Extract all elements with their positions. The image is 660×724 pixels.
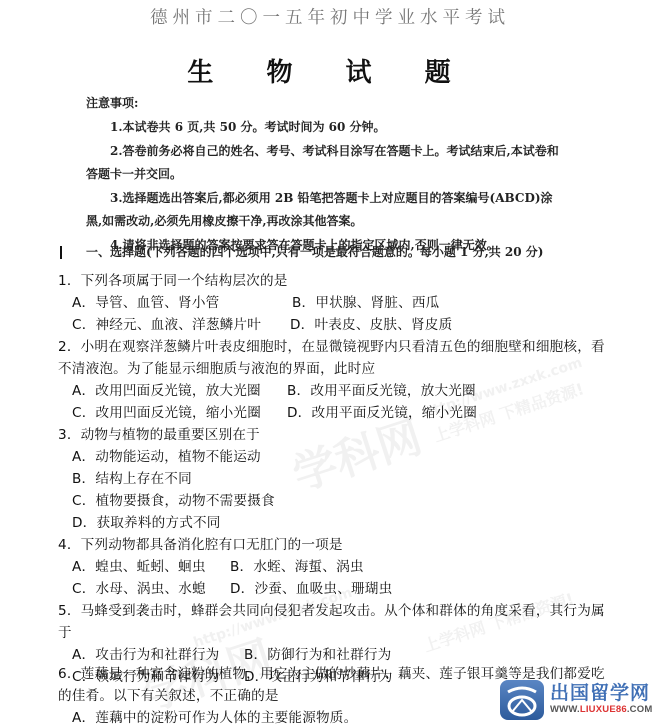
question-2-option-d: D．改用平面反光镜，缩小光圈 xyxy=(287,401,477,421)
note-item-3: 3.选择题选出答案后,都必须用 2B 铅笔把答题卡上对应题目的答案编号(ABCD… xyxy=(110,189,553,206)
watermark-slogan-2: 上学科网 下精品资源! xyxy=(420,586,576,656)
subject-title: 生 物 试 题 xyxy=(0,52,660,89)
question-4-option-c: C．水母、涡虫、水螅 xyxy=(72,577,206,597)
exam-header: 德州市二〇一五年初中学业水平考试 xyxy=(0,4,660,29)
question-4-option-d: D．沙蚕、血吸虫、珊瑚虫 xyxy=(230,577,392,597)
question-3-option-a: A．动物能运动，植物不能运动 xyxy=(72,445,261,465)
question-3-option-c: C．植物要摄食，动物不需要摄食 xyxy=(72,489,275,509)
question-1-option-a: A．导管、血管、肾小管 xyxy=(72,291,219,311)
question-5-stem: 5．马蜂受到袭击时，蜂群会共同向侵犯者发起攻击。从个体和群体的角度采看，其行为属 xyxy=(58,599,605,619)
note-item-2-cont: 答题卡一并交回。 xyxy=(86,165,182,182)
question-5-stem-cont: 于 xyxy=(58,621,72,641)
text-cursor xyxy=(60,246,62,259)
notes-heading: 注意事项: xyxy=(86,94,138,111)
question-2-option-c: C．改用凹面反光镜，缩小光圈 xyxy=(72,401,261,421)
question-2-stem-cont: 不清液泡。为了能显示细胞质与液泡的界面，此时应 xyxy=(58,357,375,377)
question-3-stem: 3．动物与植物的最重要区别在于 xyxy=(58,423,260,443)
question-2-stem: 2．小明在观察洋葱鳞片叶表皮细胞时，在显微镜视野内只看清五色的细胞壁和细胞核，看 xyxy=(58,335,605,355)
question-1-option-c: C．神经元、血液、洋葱鳞片叶 xyxy=(72,313,261,333)
question-5-option-a: A．攻击行为和社群行为 xyxy=(72,643,219,663)
note-item-2: 2.答卷前务必将自己的姓名、考号、考试科目涂写在答题卡上。考试结束后,本试卷和 xyxy=(110,142,559,159)
note-item-1: 1.本试卷共 6 页,共 50 分。考试时间为 60 分钟。 xyxy=(110,118,386,135)
question-6-option-a: A．莲藕中的淀粉可作为人体的主要能源物质。 xyxy=(72,706,357,724)
logo-url-highlight: LIUXUE86 xyxy=(580,704,627,715)
question-2-option-a: A．改用凹面反光镜，放大光圈 xyxy=(72,379,261,399)
logo-url-prefix: WWW. xyxy=(550,704,580,715)
question-4-option-a: A．蝗虫、蚯蚓、蛔虫 xyxy=(72,555,206,575)
question-1-option-b: B．甲状腺、肾脏、西瓜 xyxy=(292,291,439,311)
question-2-option-b: B．改用平面反光镜，放大光圈 xyxy=(287,379,476,399)
logo-url-suffix: .COM xyxy=(627,704,653,715)
note-item-3-cont: 黑,如需改动,必须先用橡皮擦干净,再改涂其他答案。 xyxy=(86,212,363,229)
logo-name: 出国留学网 xyxy=(550,678,650,705)
question-4-option-b: B．水蛭、海蜇、涡虫 xyxy=(230,555,364,575)
logo-url: WWW.LIUXUE86.COM xyxy=(550,704,652,715)
logo-emblem-icon xyxy=(500,680,544,720)
question-3-option-d: D．获取养料的方式不同 xyxy=(72,511,221,531)
question-5-option-b: B．防御行为和社群行为 xyxy=(244,643,391,663)
question-4-stem: 4．下列动物都具备消化腔有口无肛门的一项是 xyxy=(58,533,343,553)
section-heading: 一、选择题(下列各题的四个选项中,只有一项是最符合题意的。每小题 1 分,共 2… xyxy=(86,243,543,260)
question-6-stem-cont: 的佳肴。以下有关叙述，不正确的是 xyxy=(58,684,279,704)
question-3-option-b: B．结构上存在不同 xyxy=(72,467,192,487)
question-1-stem: 1．下列各项属于同一个结构层次的是 xyxy=(58,269,288,289)
liuxue86-logo: 出国留学网 WWW.LIUXUE86.COM xyxy=(500,678,660,724)
question-1-option-d: D．叶表皮、皮肤、肾皮质 xyxy=(290,313,452,333)
